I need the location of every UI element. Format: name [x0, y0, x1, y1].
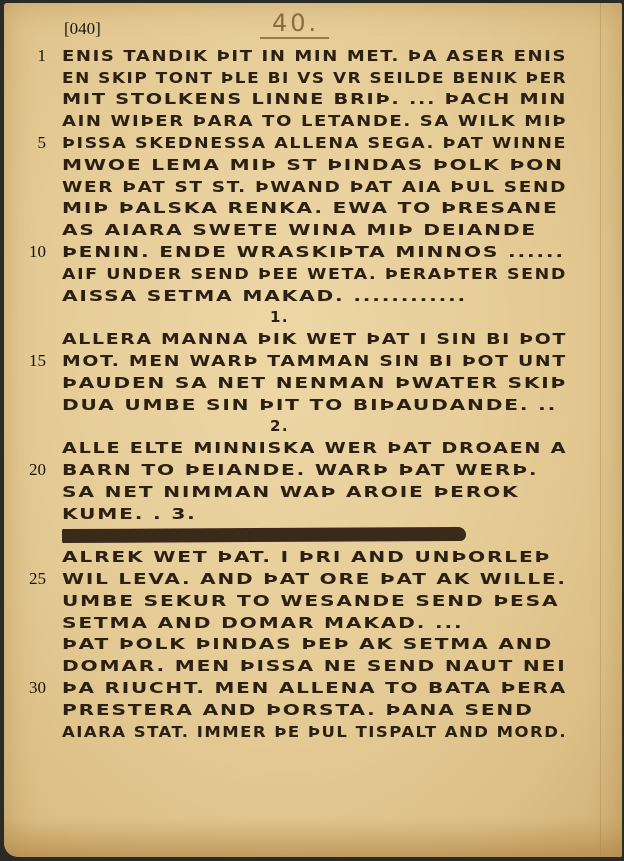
line-text: ÞAUDEN SA NET NENMAN ÞWATER SKIÞ [62, 374, 567, 392]
manuscript-line: EN SKIP TONT ÞLE BI VS VR SEILDE BENIK Þ… [0, 67, 624, 89]
line-text: ÞENIN. ENDE WRASKIÞTA MINNOS ...... [62, 243, 565, 261]
ink-strikethrough [62, 526, 466, 542]
line-text: 2. [270, 417, 289, 435]
manuscript-line: ÞAUDEN SA NET NENMAN ÞWATER SKIÞ [0, 372, 624, 394]
line-text: PRESTERA AND ÞORSTA. ÞANA SEND [62, 701, 534, 719]
line-text: ENIS TANDIK ÞIT IN MIN MET. ÞA ASER ENIS [62, 47, 567, 65]
manuscript-line: AIF UNDER SEND ÞEE WETA. ÞERAÞTER SEND [0, 263, 624, 285]
struck-out-line [0, 525, 624, 547]
manuscript-line: 30ÞA RIUCHT. MEN ALLENA TO BATA ÞERA [0, 677, 624, 699]
line-text: MIT STOLKENS LINNE BRIÞ. ... ÞACH MIN [62, 90, 567, 108]
line-text: ÞA RIUCHT. MEN ALLENA TO BATA ÞERA [62, 679, 567, 697]
manuscript-line: MWOE LEMA MIÞ ST ÞINDAS ÞOLK ÞON [0, 154, 624, 176]
folio-label: [040] [64, 19, 101, 39]
manuscript-line: 5ÞISSA SKEDNESSA ALLENA SEGA. ÞAT WINNE [0, 132, 624, 154]
manuscript-line: ÞAT ÞOLK ÞINDAS ÞEÞ AK SETMA AND [0, 634, 624, 656]
line-number: 5 [26, 133, 46, 153]
manuscript-line: KUME. . 3. [0, 503, 624, 525]
manuscript-line: AS AIARA SWETE WINA MIÞ DEIANDE [0, 219, 624, 241]
manuscript-line: ALLERA MANNA ÞIK WET ÞAT I SIN BI ÞOT [0, 328, 624, 350]
line-text: MWOE LEMA MIÞ ST ÞINDAS ÞOLK ÞON [62, 156, 564, 174]
manuscript-line: WER ÞAT ST ST. ÞWAND ÞAT AIA ÞUL SEND [0, 176, 624, 198]
line-text: ÞISSA SKEDNESSA ALLENA SEGA. ÞAT WINNE [62, 134, 567, 152]
manuscript-line: SETMA AND DOMAR MAKAD. ... [0, 612, 624, 634]
manuscript-line: MIT STOLKENS LINNE BRIÞ. ... ÞACH MIN [0, 89, 624, 111]
line-text: ÞAT ÞOLK ÞINDAS ÞEÞ AK SETMA AND [62, 635, 553, 653]
line-text: AIN WIÞER ÞARA TO LETANDE. SA WILK MIÞ [62, 112, 567, 130]
page-number: 40. [260, 9, 329, 39]
manuscript-line: DOMAR. MEN ÞISSA NE SEND NAUT NEI [0, 655, 624, 677]
line-text: AISSA SETMA MAKAD. ............ [62, 287, 467, 305]
manuscript-line: 20BARN TO ÞEIANDE. WARÞ ÞAT WERÞ. [0, 459, 624, 481]
manuscript-line: 1ENIS TANDIK ÞIT IN MIN MET. ÞA ASER ENI… [0, 45, 624, 67]
line-text: SA NET NIMMAN WAÞ AROIE ÞEROK [62, 483, 519, 501]
manuscript-line: AIARA STAT. IMMER ÞE ÞUL TISPALT AND MOR… [0, 721, 624, 743]
manuscript-line: 25WIL LEVA. AND ÞAT ORE ÞAT AK WILLE. [0, 568, 624, 590]
line-text: SETMA AND DOMAR MAKAD. ... [62, 614, 463, 632]
manuscript-line: UMBE SEKUR TO WESANDE SEND ÞESA [0, 590, 624, 612]
line-number: 10 [26, 242, 46, 262]
manuscript-line: 10ÞENIN. ENDE WRASKIÞTA MINNOS ...... [0, 241, 624, 263]
line-text: AIARA STAT. IMMER ÞE ÞUL TISPALT AND MOR… [62, 723, 567, 741]
line-number: 20 [26, 460, 46, 480]
line-text: EN SKIP TONT ÞLE BI VS VR SEILDE BENIK Þ… [62, 69, 567, 87]
line-text: DUA UMBE SIN ÞIT TO BIÞAUDANDE. .. [62, 396, 557, 414]
line-text: BARN TO ÞEIANDE. WARÞ ÞAT WERÞ. [62, 461, 538, 479]
manuscript-text: 1ENIS TANDIK ÞIT IN MIN MET. ÞA ASER ENI… [0, 45, 624, 743]
line-text: AS AIARA SWETE WINA MIÞ DEIANDE [62, 221, 537, 239]
manuscript-line: DUA UMBE SIN ÞIT TO BIÞAUDANDE. .. [0, 394, 624, 416]
line-text: MOT. MEN WARÞ TAMMAN SIN BI ÞOT UNT [62, 352, 567, 370]
line-number: 30 [26, 678, 46, 698]
line-text: ALLE ELTE MINNISKA WER ÞAT DROAEN A [62, 439, 567, 457]
manuscript-line: AIN WIÞER ÞARA TO LETANDE. SA WILK MIÞ [0, 110, 624, 132]
manuscript-line: AISSA SETMA MAKAD. ............ [0, 285, 624, 307]
manuscript-line: ALLE ELTE MINNISKA WER ÞAT DROAEN A [0, 437, 624, 459]
line-text: KUME. . 3. [62, 505, 197, 523]
manuscript-line: MIÞ ÞALSKA RENKA. EWA TO ÞRESANE [0, 198, 624, 220]
line-text: 1. [270, 308, 289, 326]
line-text: ALLERA MANNA ÞIK WET ÞAT I SIN BI ÞOT [62, 330, 567, 348]
line-text: WIL LEVA. AND ÞAT ORE ÞAT AK WILLE. [62, 570, 567, 588]
manuscript-line: SA NET NIMMAN WAÞ AROIE ÞEROK [0, 481, 624, 503]
manuscript-line: 15MOT. MEN WARÞ TAMMAN SIN BI ÞOT UNT [0, 350, 624, 372]
line-text: DOMAR. MEN ÞISSA NE SEND NAUT NEI [62, 657, 567, 675]
line-number: 15 [26, 351, 46, 371]
section-heading: 1. [0, 307, 624, 329]
manuscript-line: ALREK WET ÞAT. I ÞRI AND UNÞORLEÞ [0, 546, 624, 568]
section-heading: 2. [0, 416, 624, 438]
line-text: WER ÞAT ST ST. ÞWAND ÞAT AIA ÞUL SEND [62, 178, 567, 196]
line-text: ALREK WET ÞAT. I ÞRI AND UNÞORLEÞ [62, 548, 551, 566]
manuscript-line: PRESTERA AND ÞORSTA. ÞANA SEND [0, 699, 624, 721]
line-text: MIÞ ÞALSKA RENKA. EWA TO ÞRESANE [62, 199, 559, 217]
line-number: 25 [26, 569, 46, 589]
line-text: AIF UNDER SEND ÞEE WETA. ÞERAÞTER SEND [62, 265, 567, 283]
line-number: 1 [26, 46, 46, 66]
line-text: UMBE SEKUR TO WESANDE SEND ÞESA [62, 592, 559, 610]
